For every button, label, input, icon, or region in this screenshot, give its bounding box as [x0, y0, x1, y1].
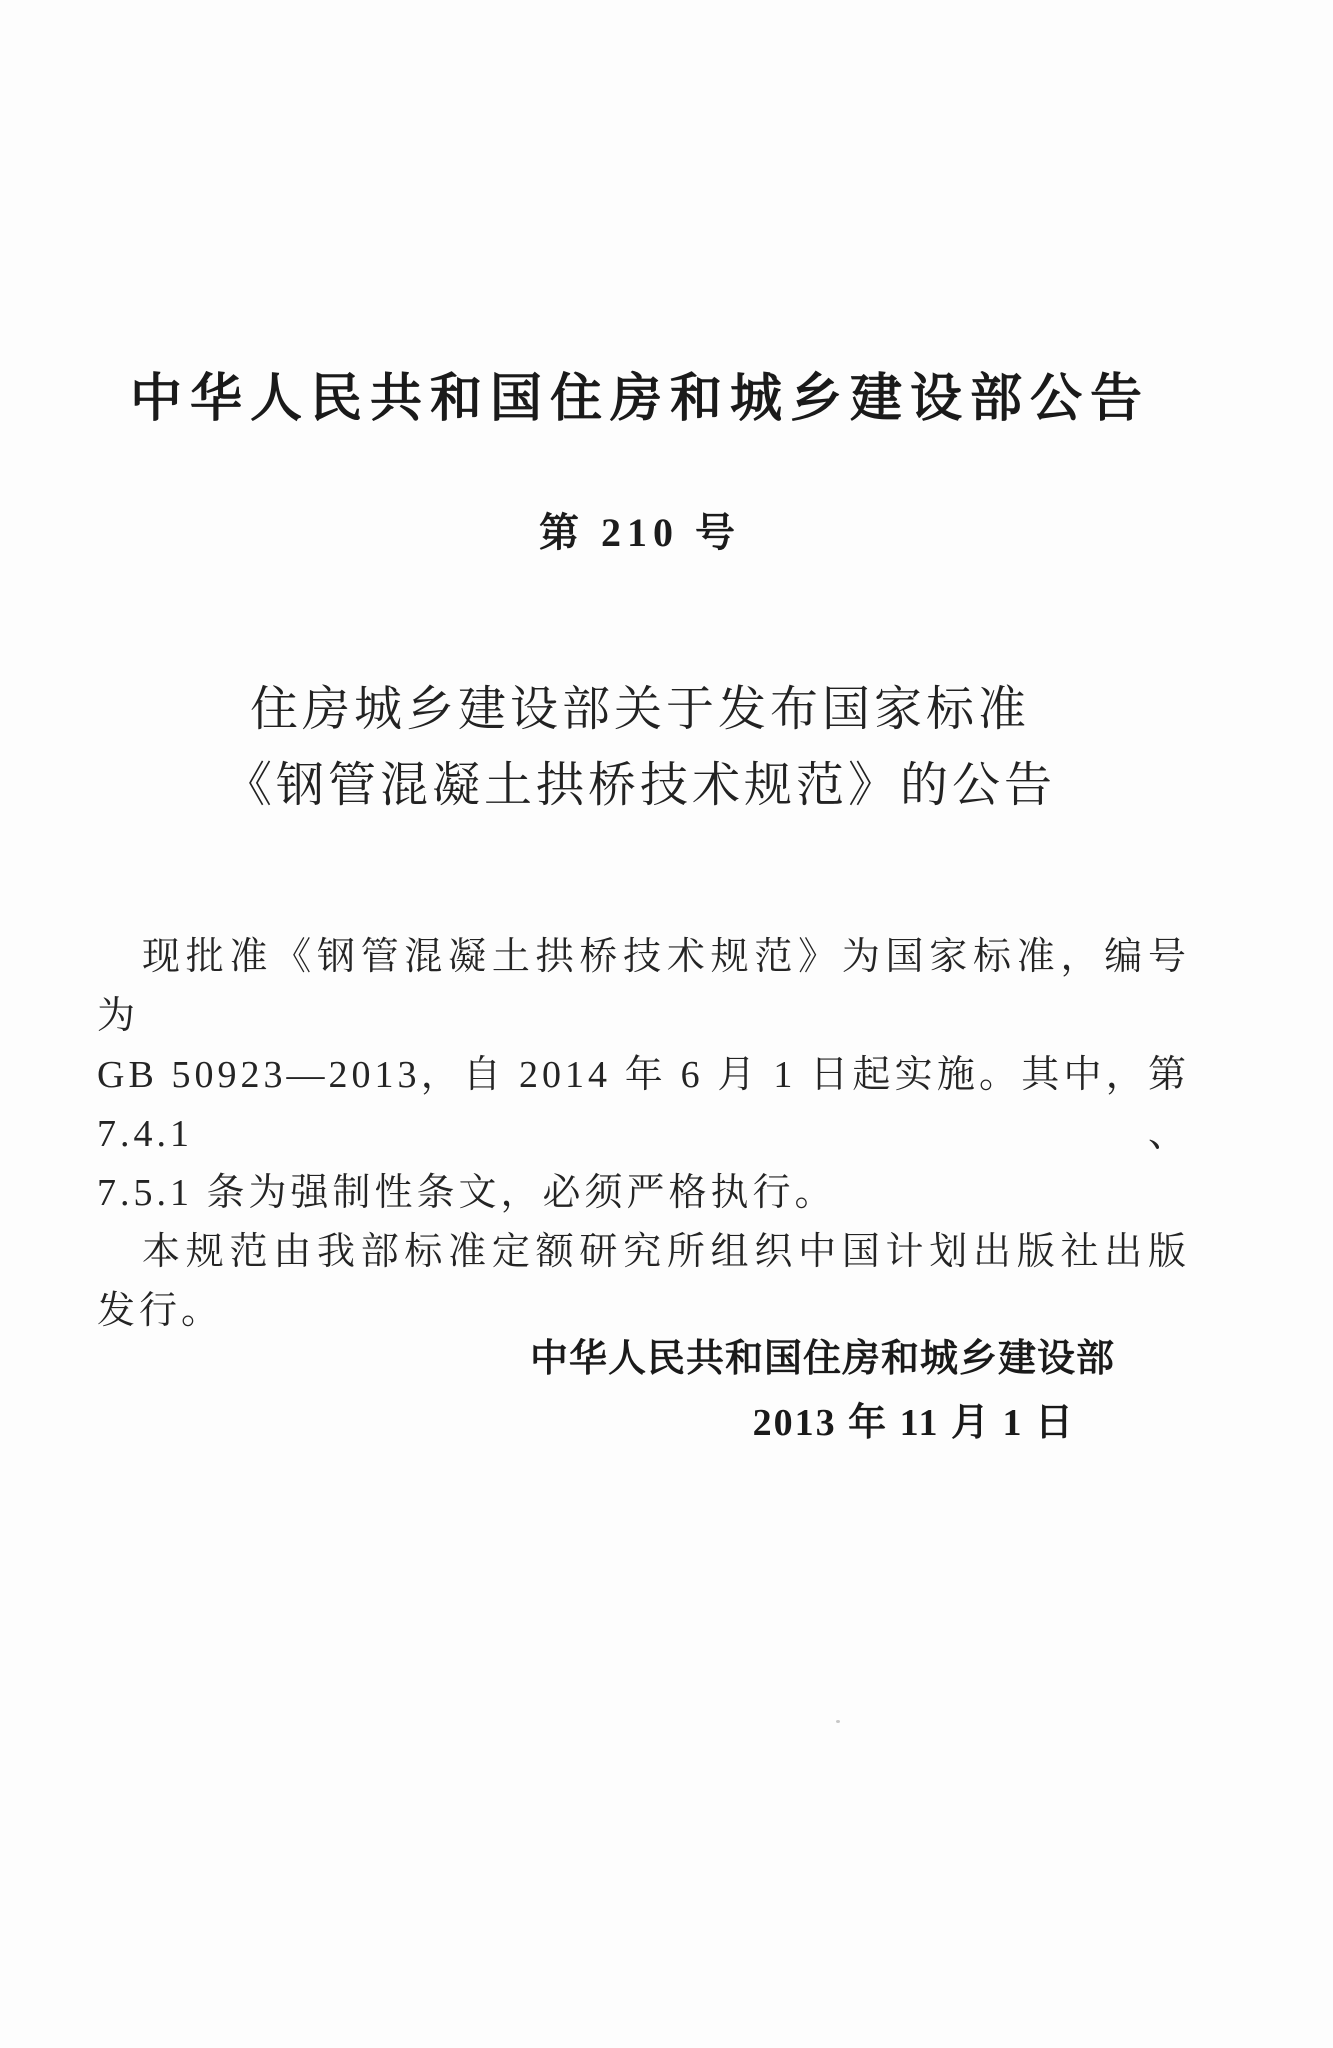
- subject-line-1: 住房城乡建设部关于发布国家标准: [75, 672, 1205, 748]
- authority-title: 中华人民共和国住房和城乡建设部公告: [75, 368, 1205, 430]
- issue-date: 2013 年 11 月 1 日: [75, 1398, 1205, 1448]
- document-content-column: 中华人民共和国住房和城乡建设部公告 第 210 号 住房城乡建设部关于发布国家标…: [75, 0, 1205, 2048]
- announcement-subject: 住房城乡建设部关于发布国家标准 《钢管混凝土拱桥技术规范》的公告: [75, 672, 1205, 824]
- announcement-number: 第 210 号: [75, 505, 1205, 561]
- subject-line-2: 《钢管混凝土拱桥技术规范》的公告: [75, 748, 1205, 824]
- scan-speck: [836, 1720, 840, 1723]
- body-line: GB 50923—2013，自 2014 年 6 月 1 日起实施。其中，第 7…: [97, 1046, 1190, 1164]
- body-line: 现批准《钢管混凝土拱桥技术规范》为国家标准，编号为: [97, 928, 1190, 1046]
- body-line: 发行。: [97, 1282, 1190, 1341]
- body-line: 本规范由我部标准定额研究所组织中国计划出版社出版: [97, 1223, 1190, 1282]
- body-line: 7.5.1 条为强制性条文，必须严格执行。: [97, 1164, 1190, 1223]
- document-page: 中华人民共和国住房和城乡建设部公告 第 210 号 住房城乡建设部关于发布国家标…: [0, 0, 1333, 2048]
- announcement-body: 现批准《钢管混凝土拱桥技术规范》为国家标准，编号为 GB 50923—2013，…: [97, 928, 1190, 1341]
- issuer-signature: 中华人民共和国住房和城乡建设部: [75, 1334, 1205, 1384]
